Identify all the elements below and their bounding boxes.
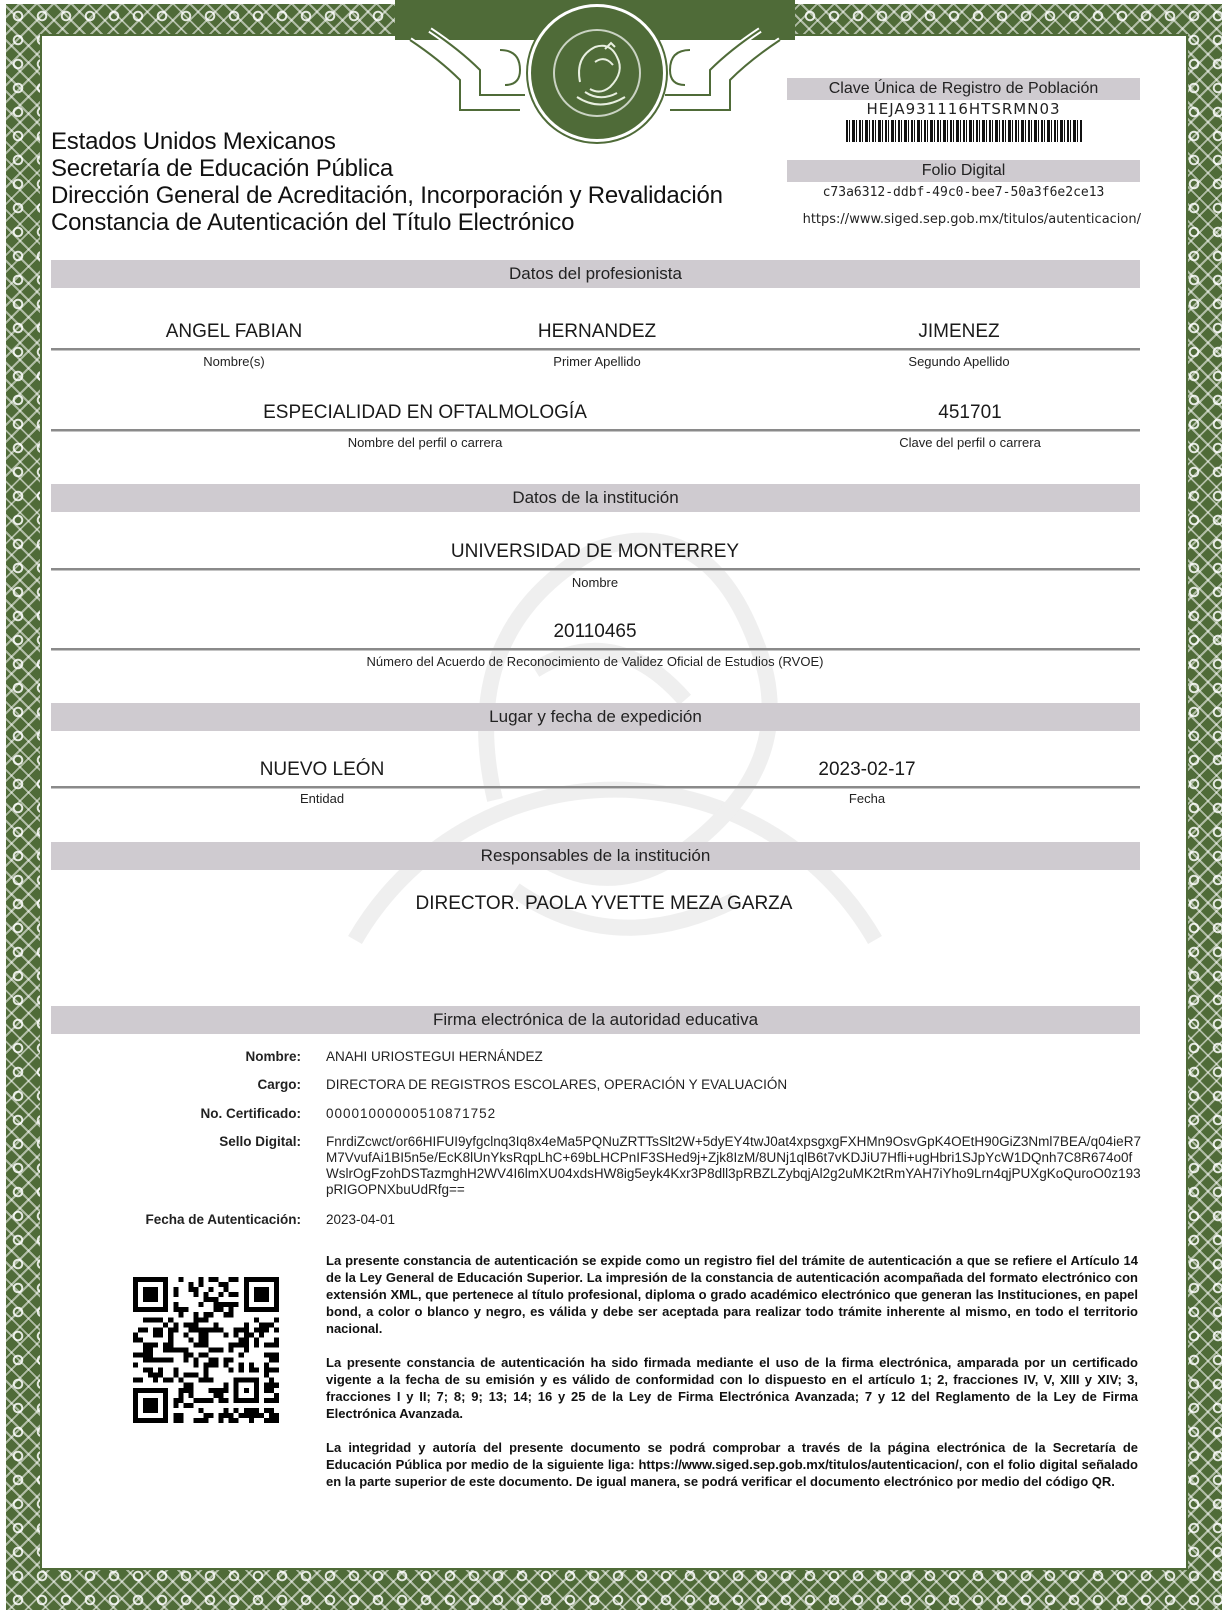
legal-paragraph-2: La presente constancia de autenticación …	[326, 1354, 1138, 1422]
issuer-header: Estados Unidos Mexicanos Secretaría de E…	[51, 128, 723, 236]
fecha-autenticacion-label: Fecha de Autenticación:	[145, 1212, 301, 1227]
section-firma: Firma electrónica de la autoridad educat…	[51, 1006, 1140, 1034]
divider	[51, 648, 1140, 651]
legal-paragraph-1: La presente constancia de autenticación …	[326, 1252, 1138, 1337]
nombres-label: Nombre(s)	[203, 354, 264, 369]
primer-apellido-label: Primer Apellido	[553, 354, 640, 369]
sello-digital-value: FnrdiZcwct/or66HIFUI9yfgclnq3Iq8x4eMa5PQ…	[326, 1134, 1141, 1198]
folio-block: Folio Digital c73a6312-ddbf-49c0-bee7-50…	[787, 160, 1140, 204]
institucion-nombre-value: UNIVERSIDAD DE MONTERREY	[451, 541, 739, 563]
nombres-value: ANGEL FABIAN	[166, 321, 303, 343]
qr-code[interactable]	[133, 1277, 279, 1423]
crest-scroll-left-icon	[400, 20, 540, 120]
carrera-label: Nombre del perfil o carrera	[348, 435, 503, 450]
sello-label: Sello Digital:	[219, 1134, 301, 1149]
divider	[51, 568, 1140, 571]
section-profesionista: Datos del profesionista	[51, 260, 1140, 288]
folio-value: c73a6312-ddbf-49c0-bee7-50a3f6e2ce13	[787, 182, 1140, 204]
eagle-icon	[555, 27, 645, 117]
primer-apellido-value: HERNANDEZ	[538, 321, 656, 343]
institucion-nombre-label: Nombre	[572, 575, 618, 590]
certificado-value: 00001000000510871752	[326, 1106, 496, 1121]
segundo-apellido-value: JIMENEZ	[918, 321, 999, 343]
divider	[51, 348, 1140, 351]
divider	[51, 786, 1140, 789]
clave-carrera-value: 451701	[938, 402, 1001, 424]
header-country: Estados Unidos Mexicanos	[51, 128, 723, 155]
firma-cargo-value: DIRECTORA DE REGISTROS ESCOLARES, OPERAC…	[326, 1077, 787, 1092]
curp-value: HEJA931116HTSRMN03	[787, 100, 1140, 118]
rvoe-label: Número del Acuerdo de Reconocimiento de …	[367, 654, 824, 669]
fecha-autenticacion-value: 2023-04-01	[326, 1212, 395, 1227]
curp-barcode	[846, 120, 1082, 142]
segundo-apellido-label: Segundo Apellido	[908, 354, 1009, 369]
section-responsables: Responsables de la institución	[51, 842, 1140, 870]
firma-nombre-value: ANAHI URIOSTEGUI HERNÁNDEZ	[326, 1049, 543, 1064]
fecha-expedicion-label: Fecha	[849, 791, 885, 806]
curp-block: Clave Única de Registro de Población HEJ…	[787, 78, 1140, 142]
section-expedicion: Lugar y fecha de expedición	[51, 703, 1140, 731]
crest-scroll-right-icon	[650, 20, 790, 120]
national-seal	[528, 4, 666, 142]
rvoe-value: 20110465	[553, 621, 636, 643]
firma-nombre-label: Nombre:	[245, 1049, 301, 1064]
entidad-label: Entidad	[300, 791, 344, 806]
fecha-expedicion-value: 2023-02-17	[818, 759, 915, 781]
responsable-value: DIRECTOR. PAOLA YVETTE MEZA GARZA	[416, 893, 793, 915]
section-institucion: Datos de la institución	[51, 484, 1140, 512]
document-title: Constancia de Autenticación del Título E…	[51, 209, 723, 236]
certificado-label: No. Certificado:	[200, 1106, 301, 1121]
header-directorate: Dirección General de Acreditación, Incor…	[51, 182, 723, 209]
curp-label: Clave Única de Registro de Población	[787, 78, 1140, 100]
carrera-value: ESPECIALIDAD EN OFTALMOLOGÍA	[263, 402, 587, 424]
legal-paragraph-3: La integridad y autoría del presente doc…	[326, 1439, 1138, 1490]
header-ministry: Secretaría de Educación Pública	[51, 155, 723, 182]
clave-carrera-label: Clave del perfil o carrera	[899, 435, 1041, 450]
firma-cargo-label: Cargo:	[258, 1077, 302, 1092]
folio-label: Folio Digital	[787, 160, 1140, 182]
divider	[51, 429, 1140, 432]
entidad-value: NUEVO LEÓN	[260, 759, 385, 781]
verification-url-link[interactable]: https://www.siged.sep.gob.mx/titulos/aut…	[760, 212, 1141, 227]
